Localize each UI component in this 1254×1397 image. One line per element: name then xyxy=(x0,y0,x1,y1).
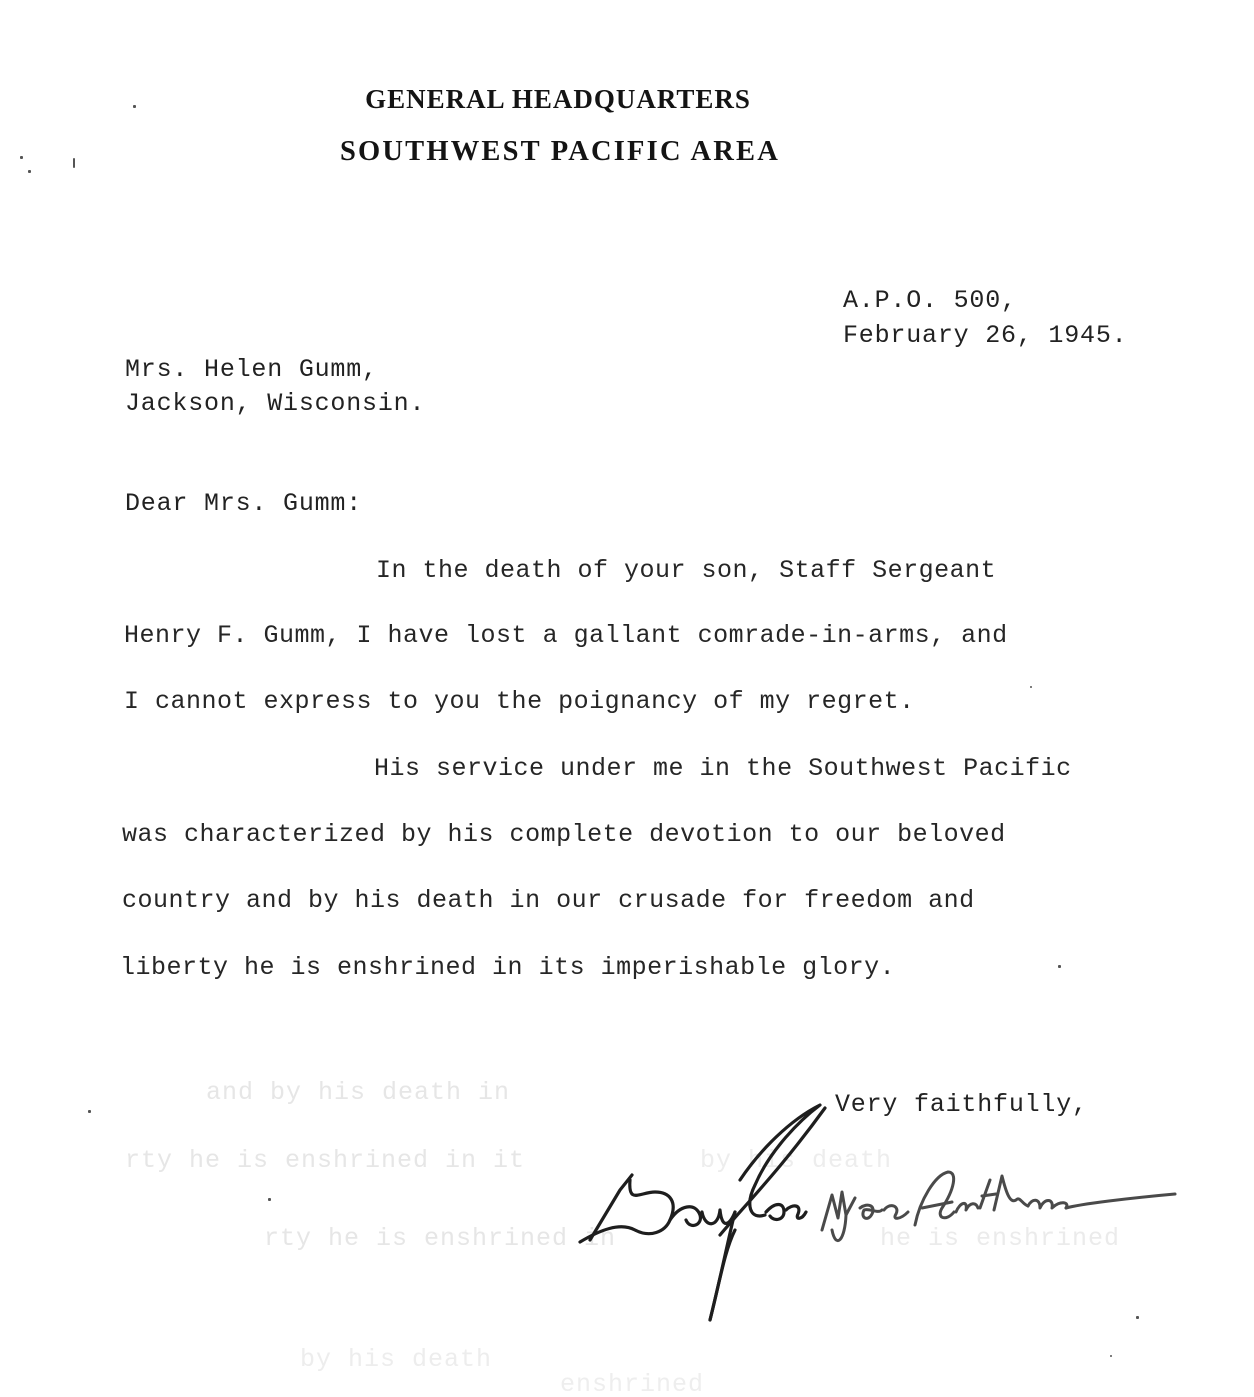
body-line: was characterized by his complete devoti… xyxy=(122,820,1006,849)
scan-speck xyxy=(28,170,31,173)
body-line: Henry F. Gumm, I have lost a gallant com… xyxy=(124,621,1008,650)
body-line: liberty he is enshrined in its imperisha… xyxy=(120,953,895,982)
salutation: Dear Mrs. Gumm: xyxy=(125,489,362,518)
bleed-through-text: rty he is enshrined in xyxy=(264,1224,616,1253)
recipient-name: Mrs. Helen Gumm, xyxy=(125,355,378,384)
body-line: His service under me in the Southwest Pa… xyxy=(374,754,1072,783)
scan-speck xyxy=(268,1198,271,1201)
scan-speck xyxy=(1030,686,1032,688)
scan-speck xyxy=(20,156,23,159)
signature-icon xyxy=(570,1080,1190,1330)
bleed-through-text: and by his death in xyxy=(206,1078,510,1107)
scan-speck xyxy=(1058,965,1061,968)
letter-date: February 26, 1945. xyxy=(843,321,1127,350)
scan-speck xyxy=(1136,1316,1139,1319)
body-line: country and by his death in our crusade … xyxy=(122,886,975,915)
bleed-through-text: enshrined xyxy=(560,1370,704,1397)
recipient-location: Jackson, Wisconsin. xyxy=(125,389,425,418)
apo-address: A.P.O. 500, xyxy=(843,286,1017,315)
scan-speck xyxy=(133,105,136,108)
scan-speck xyxy=(88,1110,91,1113)
letter-page: GENERAL HEADQUARTERS SOUTHWEST PACIFIC A… xyxy=(0,0,1254,1397)
scan-speck xyxy=(73,158,75,168)
body-line: In the death of your son, Staff Sergeant xyxy=(376,556,996,585)
scan-speck xyxy=(1110,1355,1112,1357)
body-line: I cannot express to you the poignancy of… xyxy=(124,687,915,716)
letterhead-title: GENERAL HEADQUARTERS xyxy=(0,84,1118,115)
bleed-through-text: by his death xyxy=(300,1345,492,1374)
letterhead-subtitle: SOUTHWEST PACIFIC AREA xyxy=(0,136,1120,168)
bleed-through-text: rty he is enshrined in it xyxy=(125,1146,525,1175)
